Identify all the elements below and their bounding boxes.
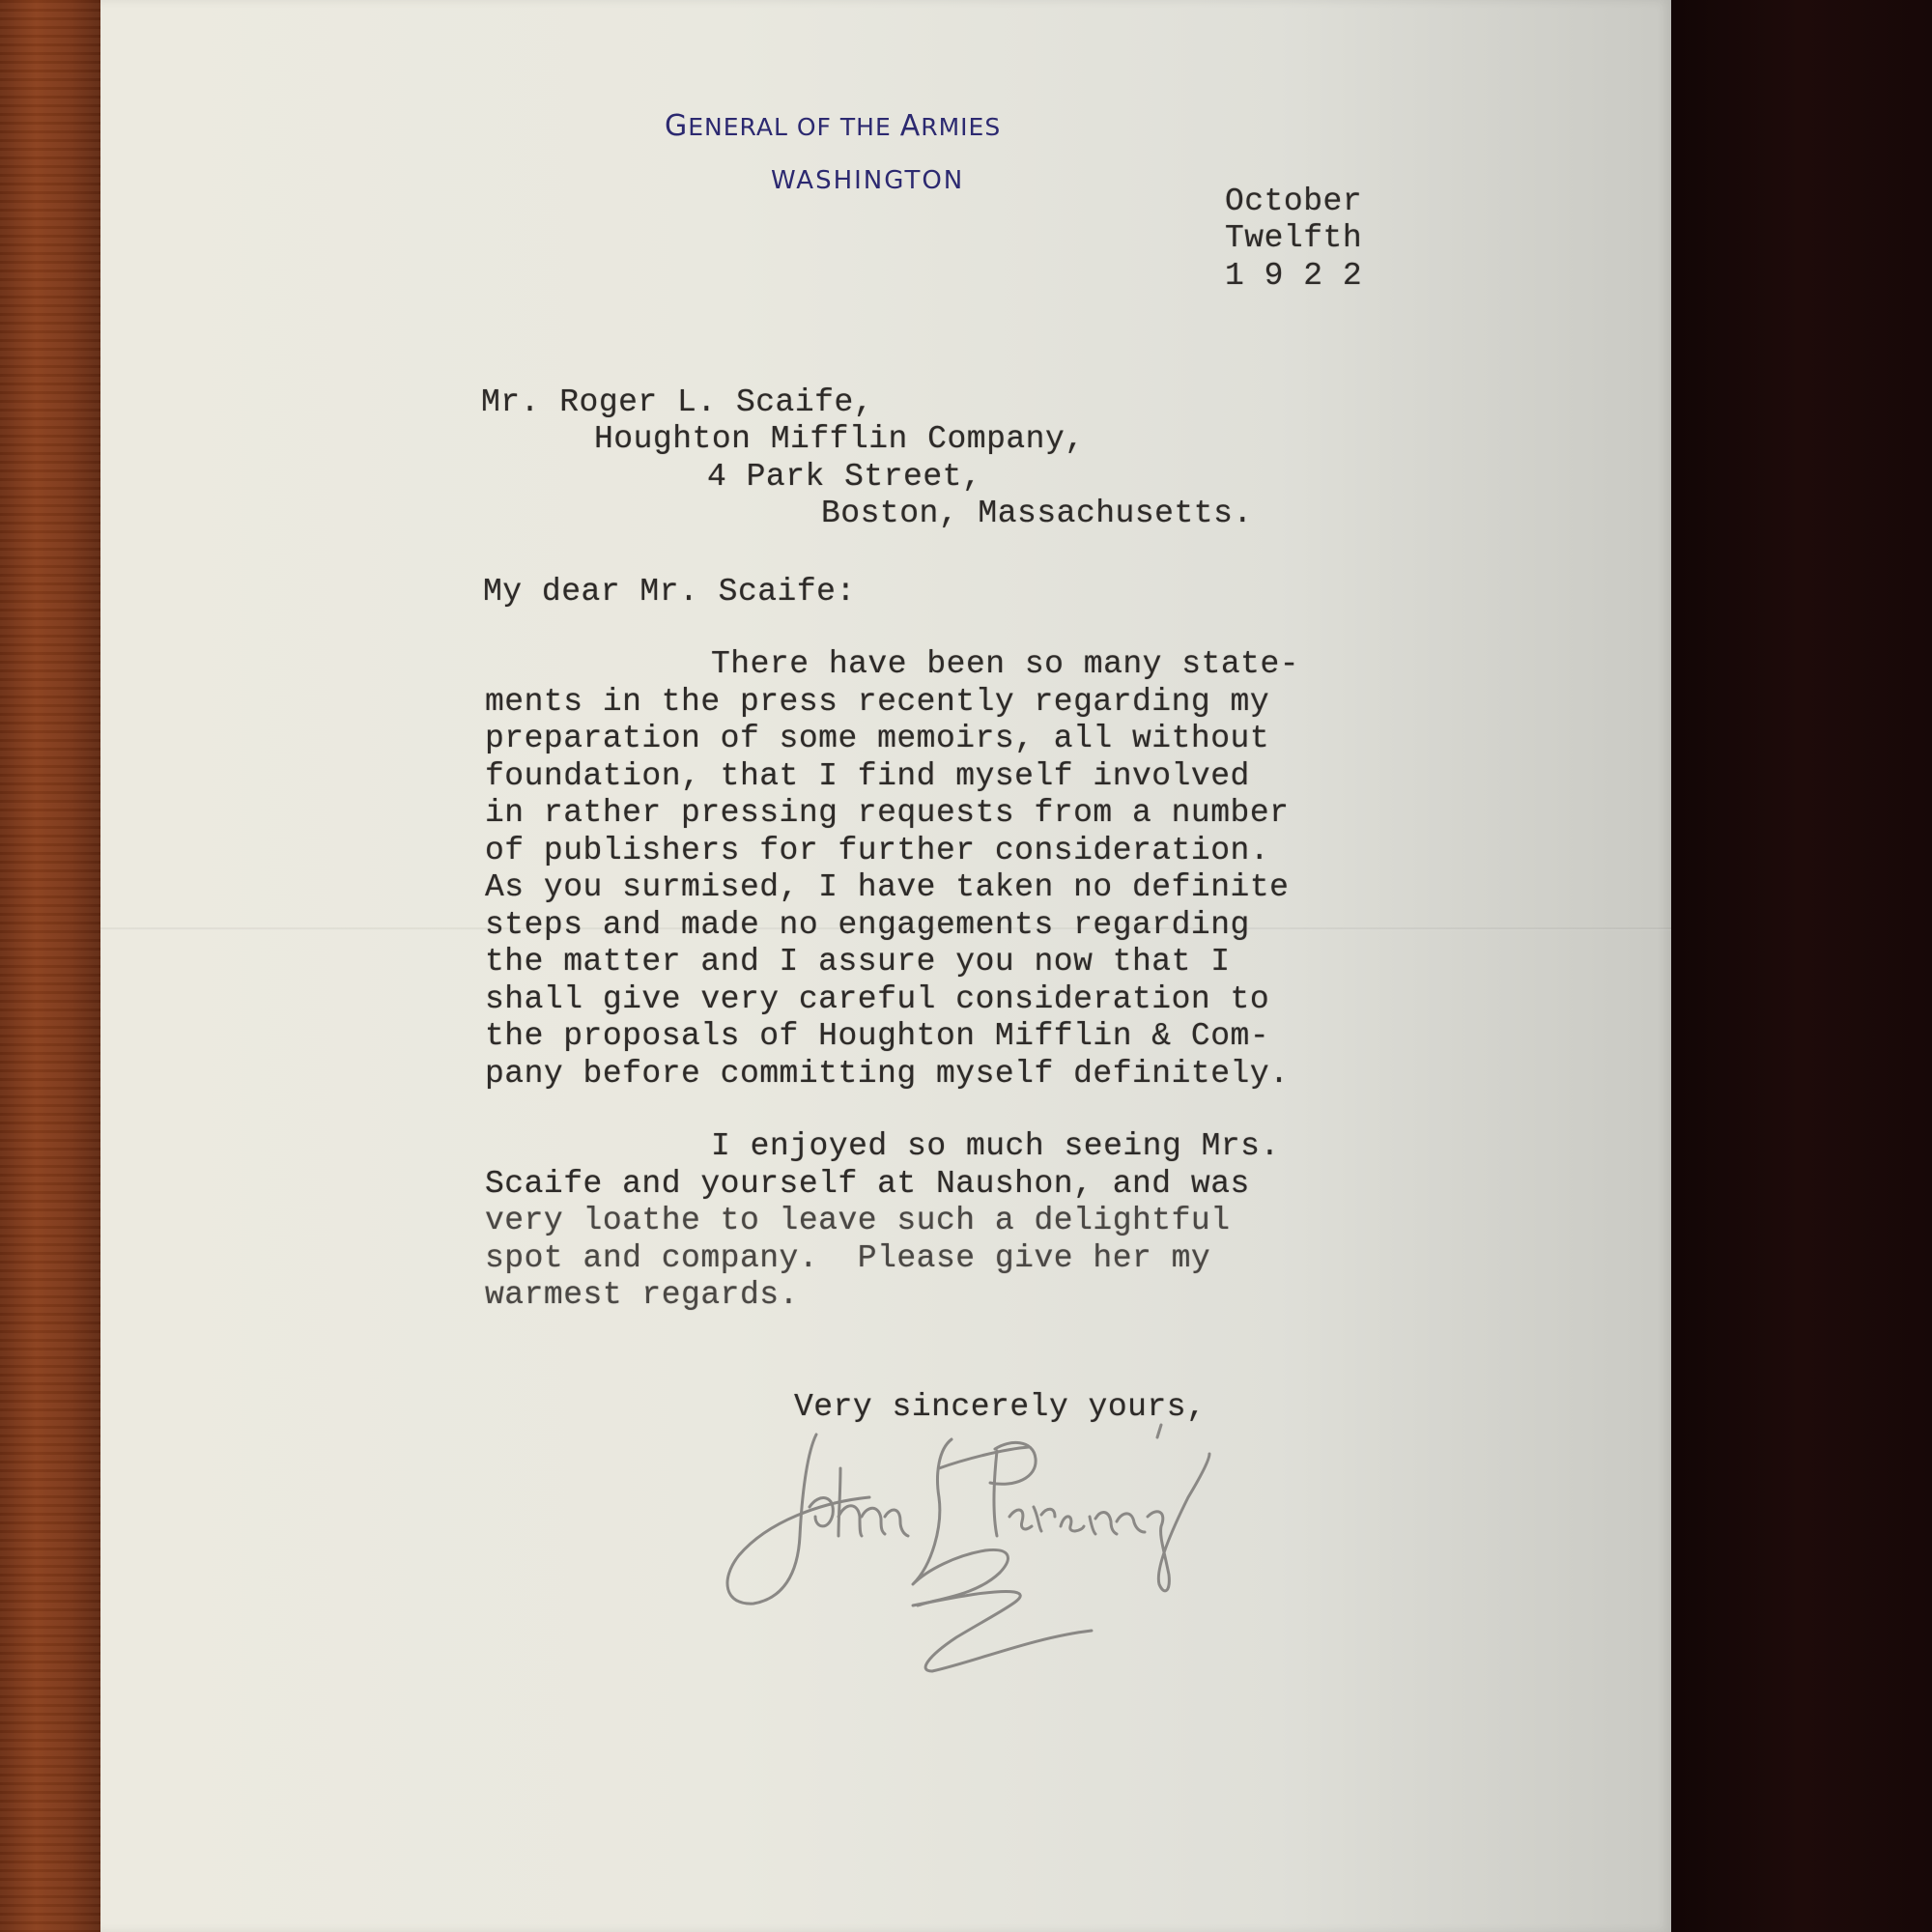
date-year: 1 9 2 2 bbox=[1225, 260, 1362, 292]
body-p1-line: of publishers for further consideration. bbox=[485, 835, 1269, 867]
address-line-company: Houghton Mifflin Company, bbox=[594, 423, 1085, 455]
address-line-street: 4 Park Street, bbox=[707, 461, 981, 493]
date-day: Twelfth bbox=[1225, 222, 1362, 254]
letterhead-text-part1: ENERAL OF THE bbox=[688, 113, 899, 141]
body-p2-line: spot and company. Please give her my bbox=[485, 1242, 1210, 1274]
letterhead-initial-g: G bbox=[665, 109, 688, 143]
wood-table-surface bbox=[0, 0, 102, 1932]
body-p1-line: ments in the press recently regarding my bbox=[485, 686, 1269, 718]
address-line-city: Boston, Massachusetts. bbox=[821, 497, 1253, 529]
body-p1-line: preparation of some memoirs, all without bbox=[485, 723, 1269, 754]
letterhead-text-part2: RMIES bbox=[921, 113, 1001, 141]
body-p2-line: very loathe to leave such a delightful bbox=[485, 1205, 1231, 1236]
body-p1-line: As you surmised, I have taken no definit… bbox=[485, 871, 1289, 903]
salutation: My dear Mr. Scaife: bbox=[483, 576, 856, 608]
body-p2-line: warmest regards. bbox=[485, 1279, 799, 1311]
body-p2-line: Scaife and yourself at Naushon, and was bbox=[485, 1168, 1250, 1200]
body-p1-line: shall give very careful consideration to bbox=[485, 983, 1269, 1015]
body-p1-line: There have been so many state- bbox=[711, 648, 1299, 680]
body-p1-line: the proposals of Houghton Mifflin & Com- bbox=[485, 1020, 1269, 1052]
body-p1-line: foundation, that I find myself involved bbox=[485, 760, 1250, 792]
date-month: October bbox=[1225, 185, 1362, 217]
body-p2-line: I enjoyed so much seeing Mrs. bbox=[711, 1130, 1280, 1162]
letterhead-initial-a: A bbox=[900, 109, 922, 143]
body-p1-line: in rather pressing requests from a numbe… bbox=[485, 797, 1289, 829]
body-p1-line: pany before committing myself definitely… bbox=[485, 1058, 1289, 1090]
signature-john-j-pershing: John J. Pershing bbox=[715, 1381, 1584, 1710]
dark-background-surface bbox=[1669, 0, 1932, 1932]
letterhead-city: WASHINGTON bbox=[771, 166, 964, 195]
body-p1-line: steps and made no engagements regarding bbox=[485, 909, 1250, 941]
letterhead-title: GENERAL OF THE ARMIES bbox=[665, 109, 1001, 143]
address-line-name: Mr. Roger L. Scaife, bbox=[481, 386, 873, 418]
body-p1-line: the matter and I assure you now that I bbox=[485, 946, 1231, 978]
